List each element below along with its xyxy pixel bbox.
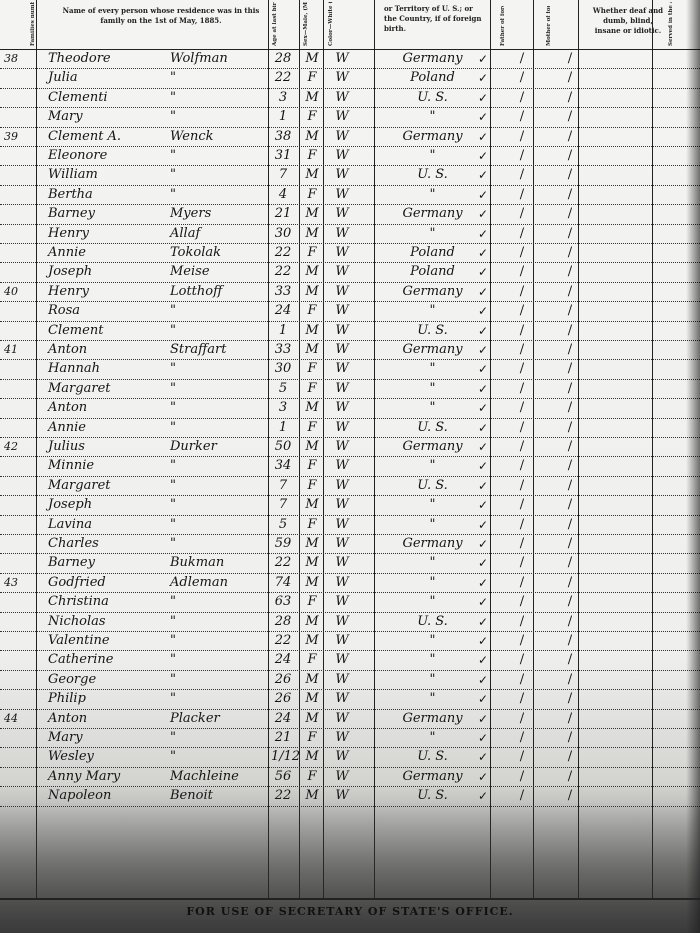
race: W [327, 381, 357, 397]
birthplace: Poland [380, 264, 485, 280]
father-foreign-mark: / [512, 575, 532, 591]
first-name: Rosa [48, 303, 80, 319]
table-row: Rosa"24FW"✓// [0, 301, 700, 321]
sex: M [302, 206, 322, 222]
age: 22 [271, 633, 295, 649]
father-foreign-mark: / [512, 711, 532, 727]
birthplace: U. S. [380, 323, 485, 339]
father-foreign-mark: / [512, 672, 532, 688]
mother-foreign-mark: / [560, 769, 580, 785]
birthplace: Germany [380, 536, 485, 552]
age: 33 [271, 284, 295, 300]
race: W [327, 70, 357, 86]
race: W [327, 478, 357, 494]
table-row: 38TheodoreWolfman28MWGermany✓// [0, 49, 700, 69]
first-name: Minnie [48, 458, 94, 474]
table-row: Anton"3MW"✓// [0, 398, 700, 418]
family-number: 38 [4, 51, 34, 67]
check-mark: ✓ [478, 749, 488, 765]
first-name: Theodore [48, 51, 111, 67]
first-name: Anton [48, 400, 87, 416]
birthplace: " [380, 730, 485, 746]
race: W [327, 187, 357, 203]
first-name: Bertha [48, 187, 93, 203]
last-name: " [170, 303, 176, 319]
table-row: Hannah"30FW"✓// [0, 359, 700, 379]
sex: M [302, 90, 322, 106]
first-name: William [48, 167, 98, 183]
race: W [327, 51, 357, 67]
first-name: Clement A. [48, 129, 121, 145]
header-sex: Sex—Male, (M) Female, (F) [303, 2, 321, 46]
birthplace: " [380, 652, 485, 668]
last-name: Lotthoff [170, 284, 222, 300]
father-foreign-mark: / [512, 400, 532, 416]
sex: F [302, 187, 322, 203]
sex: F [302, 361, 322, 377]
header-mother-foreign: Mother of foreign birth. [546, 6, 566, 46]
age: 33 [271, 342, 295, 358]
check-mark: ✓ [478, 51, 488, 67]
check-mark: ✓ [478, 303, 488, 319]
birthplace: " [380, 575, 485, 591]
mother-foreign-mark: / [560, 284, 580, 300]
mother-foreign-mark: / [560, 497, 580, 513]
last-name: Wolfman [170, 51, 228, 67]
last-name: Benoit [170, 788, 213, 804]
age: 22 [271, 70, 295, 86]
check-mark: ✓ [478, 478, 488, 494]
table-row: Anny MaryMachleine56FWGermany✓// [0, 767, 700, 787]
age: 3 [271, 90, 295, 106]
sex: M [302, 167, 322, 183]
father-foreign-mark: / [512, 730, 532, 746]
mother-foreign-mark: / [560, 555, 580, 571]
last-name: " [170, 517, 176, 533]
age: 59 [271, 536, 295, 552]
race: W [327, 323, 357, 339]
father-foreign-mark: / [512, 478, 532, 494]
check-mark: ✓ [478, 90, 488, 106]
sex: M [302, 672, 322, 688]
sex: F [302, 109, 322, 125]
age: 1 [271, 323, 295, 339]
father-foreign-mark: / [512, 284, 532, 300]
birthplace: " [380, 187, 485, 203]
last-name: " [170, 749, 176, 765]
birthplace: Germany [380, 711, 485, 727]
last-name: Meise [170, 264, 210, 280]
race: W [327, 536, 357, 552]
first-name: Nicholas [48, 614, 106, 630]
age: 7 [271, 167, 295, 183]
sex: F [302, 381, 322, 397]
check-mark: ✓ [478, 497, 488, 513]
mother-foreign-mark: / [560, 788, 580, 804]
last-name: Placker [170, 711, 220, 727]
race: W [327, 342, 357, 358]
first-name: Joseph [48, 497, 92, 513]
first-name: Napoleon [48, 788, 111, 804]
last-name: Durker [170, 439, 217, 455]
father-foreign-mark: / [512, 769, 532, 785]
age: 50 [271, 439, 295, 455]
first-name: Barney [48, 206, 95, 222]
race: W [327, 361, 357, 377]
father-foreign-mark: / [512, 167, 532, 183]
first-name: Julia [48, 70, 78, 86]
sex: M [302, 691, 322, 707]
sex: M [302, 323, 322, 339]
check-mark: ✓ [478, 594, 488, 610]
age: 22 [271, 788, 295, 804]
mother-foreign-mark: / [560, 361, 580, 377]
last-name: " [170, 652, 176, 668]
check-mark: ✓ [478, 633, 488, 649]
first-name: Valentine [48, 633, 110, 649]
race: W [327, 109, 357, 125]
last-name: " [170, 458, 176, 474]
table-row: Mary"21FW"✓// [0, 728, 700, 748]
table-row: BarneyMyers21MWGermany✓// [0, 204, 700, 224]
header-name: Name of every person whose residence was… [56, 6, 266, 26]
age: 24 [271, 711, 295, 727]
check-mark: ✓ [478, 129, 488, 145]
last-name: " [170, 478, 176, 494]
race: W [327, 303, 357, 319]
table-row: Philip"26MW"✓// [0, 689, 700, 709]
age: 24 [271, 652, 295, 668]
age: 74 [271, 575, 295, 591]
table-row: Christina"63FW"✓// [0, 592, 700, 612]
mother-foreign-mark: / [560, 400, 580, 416]
birthplace: Germany [380, 206, 485, 222]
table-row: 43GodfriedAdleman74MW"✓// [0, 573, 700, 593]
table-row: Mary"1FW"✓// [0, 107, 700, 127]
first-name: Annie [48, 245, 86, 261]
table-row: Charles"59MWGermany✓// [0, 534, 700, 554]
first-name: Barney [48, 555, 95, 571]
last-name: Wenck [170, 129, 214, 145]
father-foreign-mark: / [512, 749, 532, 765]
father-foreign-mark: / [512, 594, 532, 610]
age: 4 [271, 187, 295, 203]
father-foreign-mark: / [512, 129, 532, 145]
header-family: Families numbered in the order of visita… [30, 2, 50, 46]
sex: F [302, 245, 322, 261]
father-foreign-mark: / [512, 497, 532, 513]
mother-foreign-mark: / [560, 575, 580, 591]
check-mark: ✓ [478, 711, 488, 727]
table-row: AnnieTokolak22FWPoland✓// [0, 243, 700, 263]
birthplace: Poland [380, 245, 485, 261]
birthplace: " [380, 594, 485, 610]
header-father-foreign: Father of foreign birth. [500, 6, 520, 46]
last-name: Tokolak [170, 245, 221, 261]
race: W [327, 749, 357, 765]
father-foreign-mark: / [512, 420, 532, 436]
last-name: Adleman [170, 575, 228, 591]
last-name: " [170, 361, 176, 377]
check-mark: ✓ [478, 187, 488, 203]
first-name: Julius [48, 439, 85, 455]
header-race: Color—White (W) Black (B) Mulatto (Mu) C… [328, 2, 358, 46]
mother-foreign-mark: / [560, 711, 580, 727]
sex: M [302, 497, 322, 513]
mother-foreign-mark: / [560, 323, 580, 339]
mother-foreign-mark: / [560, 517, 580, 533]
father-foreign-mark: / [512, 555, 532, 571]
race: W [327, 458, 357, 474]
sex: M [302, 711, 322, 727]
header-age: Age at last birthday [272, 2, 298, 46]
check-mark: ✓ [478, 672, 488, 688]
first-name: Margaret [48, 381, 110, 397]
race: W [327, 769, 357, 785]
table-row: BarneyBukman22MW"✓// [0, 553, 700, 573]
father-foreign-mark: / [512, 381, 532, 397]
footer-note: FOR USE OF SECRETARY OF STATE'S OFFICE. [0, 905, 700, 918]
mother-foreign-mark: / [560, 672, 580, 688]
mother-foreign-mark: / [560, 691, 580, 707]
birthplace: " [380, 555, 485, 571]
table-row: Eleonore"31FW"✓// [0, 146, 700, 166]
birthplace: Germany [380, 342, 485, 358]
birthplace: " [380, 517, 485, 533]
race: W [327, 594, 357, 610]
check-mark: ✓ [478, 264, 488, 280]
table-row: NapoleonBenoit22MWU. S.✓// [0, 786, 700, 806]
check-mark: ✓ [478, 536, 488, 552]
last-name: " [170, 90, 176, 106]
mother-foreign-mark: / [560, 206, 580, 222]
last-name: " [170, 730, 176, 746]
table-row: Annie"1FWU. S.✓// [0, 418, 700, 438]
birthplace: U. S. [380, 749, 485, 765]
check-mark: ✓ [478, 420, 488, 436]
check-mark: ✓ [478, 730, 488, 746]
last-name: " [170, 614, 176, 630]
father-foreign-mark: / [512, 691, 532, 707]
birthplace: U. S. [380, 167, 485, 183]
footer-divider [0, 898, 700, 900]
age: 63 [271, 594, 295, 610]
scan-shadow [686, 0, 700, 933]
age: 26 [271, 672, 295, 688]
first-name: Anny Mary [48, 769, 120, 785]
birthplace: " [380, 672, 485, 688]
sex: F [302, 148, 322, 164]
last-name: Myers [170, 206, 211, 222]
first-name: Christina [48, 594, 109, 610]
birthplace: " [380, 381, 485, 397]
sex: M [302, 342, 322, 358]
family-number: 42 [4, 439, 34, 455]
birthplace: U. S. [380, 614, 485, 630]
age: 5 [271, 381, 295, 397]
age: 24 [271, 303, 295, 319]
check-mark: ✓ [478, 691, 488, 707]
first-name: George [48, 672, 96, 688]
last-name: Allaf [170, 226, 200, 242]
check-mark: ✓ [478, 226, 488, 242]
check-mark: ✓ [478, 458, 488, 474]
check-mark: ✓ [478, 361, 488, 377]
sex: F [302, 594, 322, 610]
first-name: Godfried [48, 575, 106, 591]
race: W [327, 206, 357, 222]
last-name: " [170, 167, 176, 183]
race: W [327, 284, 357, 300]
mother-foreign-mark: / [560, 129, 580, 145]
mother-foreign-mark: / [560, 381, 580, 397]
father-foreign-mark: / [512, 206, 532, 222]
last-name: " [170, 536, 176, 552]
sex: M [302, 400, 322, 416]
check-mark: ✓ [478, 788, 488, 804]
first-name: Philip [48, 691, 86, 707]
first-name: Anton [48, 711, 87, 727]
birthplace: " [380, 691, 485, 707]
last-name: " [170, 633, 176, 649]
age: 28 [271, 614, 295, 630]
birthplace: Germany [380, 769, 485, 785]
sex: F [302, 458, 322, 474]
mother-foreign-mark: / [560, 167, 580, 183]
race: W [327, 226, 357, 242]
race: W [327, 711, 357, 727]
race: W [327, 129, 357, 145]
birthplace: " [380, 226, 485, 242]
sex: M [302, 788, 322, 804]
first-name: Charles [48, 536, 99, 552]
family-number: 44 [4, 711, 34, 727]
race: W [327, 614, 357, 630]
family-number: 43 [4, 575, 34, 591]
check-mark: ✓ [478, 614, 488, 630]
check-mark: ✓ [478, 517, 488, 533]
age: 22 [271, 264, 295, 280]
father-foreign-mark: / [512, 439, 532, 455]
race: W [327, 497, 357, 513]
first-name: Henry [48, 226, 89, 242]
race: W [327, 730, 357, 746]
mother-foreign-mark: / [560, 478, 580, 494]
age: 1 [271, 109, 295, 125]
birthplace: " [380, 400, 485, 416]
first-name: Wesley [48, 749, 94, 765]
table-header: Families numbered in the order of visita… [0, 0, 700, 49]
check-mark: ✓ [478, 70, 488, 86]
race: W [327, 90, 357, 106]
sex: F [302, 730, 322, 746]
sex: M [302, 749, 322, 765]
race: W [327, 400, 357, 416]
birthplace: Poland [380, 70, 485, 86]
first-name: Henry [48, 284, 89, 300]
mother-foreign-mark: / [560, 749, 580, 765]
birthplace: U. S. [380, 90, 485, 106]
mother-foreign-mark: / [560, 439, 580, 455]
father-foreign-mark: / [512, 652, 532, 668]
father-foreign-mark: / [512, 226, 532, 242]
table-row: Julia"22FWPoland✓// [0, 68, 700, 88]
mother-foreign-mark: / [560, 342, 580, 358]
check-mark: ✓ [478, 381, 488, 397]
table-row: 39Clement A.Wenck38MWGermany✓// [0, 127, 700, 147]
table-row: George"26MW"✓// [0, 670, 700, 690]
census-page: Families numbered in the order of visita… [0, 0, 700, 933]
last-name: " [170, 691, 176, 707]
age: 7 [271, 497, 295, 513]
last-name: " [170, 187, 176, 203]
sex: M [302, 536, 322, 552]
sex: M [302, 614, 322, 630]
first-name: Clementi [48, 90, 108, 106]
table-row: Bertha"4FW"✓// [0, 185, 700, 205]
age: 30 [271, 361, 295, 377]
mother-foreign-mark: / [560, 187, 580, 203]
father-foreign-mark: / [512, 148, 532, 164]
sex: F [302, 303, 322, 319]
sex: M [302, 51, 322, 67]
birthplace: " [380, 303, 485, 319]
last-name: " [170, 594, 176, 610]
table-row: Wesley"1/12MWU. S.✓// [0, 747, 700, 767]
age: 21 [271, 730, 295, 746]
table-row: Nicholas"28MWU. S.✓// [0, 612, 700, 632]
first-name: Hannah [48, 361, 100, 377]
father-foreign-mark: / [512, 245, 532, 261]
check-mark: ✓ [478, 206, 488, 222]
mother-foreign-mark: / [560, 458, 580, 474]
mother-foreign-mark: / [560, 303, 580, 319]
father-foreign-mark: / [512, 264, 532, 280]
last-name: " [170, 70, 176, 86]
mother-foreign-mark: / [560, 148, 580, 164]
birthplace: Germany [380, 284, 485, 300]
age: 56 [271, 769, 295, 785]
mother-foreign-mark: / [560, 109, 580, 125]
check-mark: ✓ [478, 245, 488, 261]
father-foreign-mark: / [512, 303, 532, 319]
sex: F [302, 478, 322, 494]
sex: F [302, 769, 322, 785]
last-name: Straffart [170, 342, 227, 358]
race: W [327, 439, 357, 455]
father-foreign-mark: / [512, 788, 532, 804]
first-name: Joseph [48, 264, 92, 280]
race: W [327, 517, 357, 533]
birthplace: " [380, 633, 485, 649]
last-name: " [170, 400, 176, 416]
check-mark: ✓ [478, 323, 488, 339]
father-foreign-mark: / [512, 109, 532, 125]
last-name: Bukman [170, 555, 224, 571]
first-name: Mary [48, 730, 83, 746]
father-foreign-mark: / [512, 323, 532, 339]
birthplace: U. S. [380, 420, 485, 436]
family-number: 40 [4, 284, 34, 300]
check-mark: ✓ [478, 342, 488, 358]
first-name: Mary [48, 109, 83, 125]
birthplace: " [380, 361, 485, 377]
mother-foreign-mark: / [560, 51, 580, 67]
birthplace: Germany [380, 51, 485, 67]
check-mark: ✓ [478, 555, 488, 571]
race: W [327, 264, 357, 280]
check-mark: ✓ [478, 652, 488, 668]
